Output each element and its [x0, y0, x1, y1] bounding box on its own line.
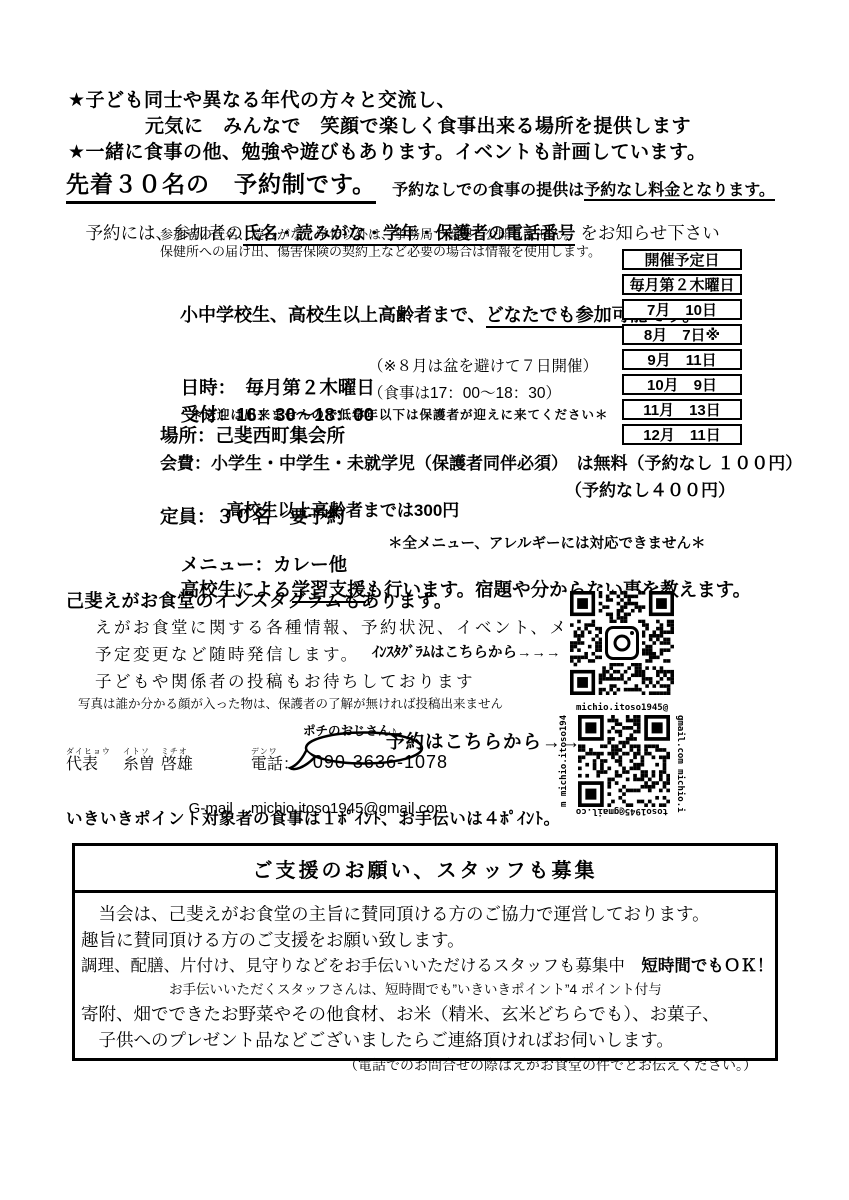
support-paragraph-5: 寄附、畑でできたお野菜やその他食材、お米（精米、玄米どちらでも）、お菓子、 [81, 1001, 767, 1027]
rep-surname: イトソ糸曽 [123, 748, 155, 773]
eligibility-line: 小中学校生、高校生以上高齢者まで、どなたでも参加可能です。 [160, 280, 700, 348]
schedule-date-row: 11月 13日 [622, 399, 742, 420]
instagram-line-1: えがお食堂に関する各種情報、予約状況、イベント、メニュー、 [95, 614, 644, 638]
bubble-text: ポチのおじさん♪ [303, 721, 397, 739]
privacy-note-2: 保健所への届け出、傷害保険の契約上など必要の場合は情報を使用します。 [160, 241, 601, 260]
support-paragraph-6: 子供へのプレゼント品などございましたらご連絡頂ければお伺いします。 [81, 1027, 767, 1053]
rep-title-text: 代表 [66, 757, 98, 773]
staff-recruit-emphasis: 短時間でもＯＫ！ [641, 957, 773, 975]
schedule-frequency: 毎月第２木曜日 [622, 274, 742, 295]
capacity-line: 定員：３０名 要予約 [160, 503, 345, 529]
reservation-qr-code: michio.itoso1945@ toso1945@gmail.co m mi… [556, 700, 688, 828]
eligibility-prefix: 小中学校生、高校生以上高齢者まで、 [180, 305, 486, 325]
intro-line-3: ★一緒に食事の他、勉強や遊びもあります。イベントも計画しています。 [68, 137, 707, 164]
rep-title: ダイヒョウ代表 [66, 748, 111, 773]
schedule-date-row: 9月 11日 [622, 349, 742, 370]
support-title: ご支援のお願い、スタッフも募集 [75, 846, 775, 893]
qr-email-right: gmail.com michio.i [675, 715, 685, 807]
fee-line-1: 会費：小学生・中学生・未就学児（保護者同伴必須） は無料（予約なし １００円） [160, 449, 802, 474]
place-line: 場所：己斐西町集会所 [160, 422, 345, 448]
instagram-line-3: 子どもや関係者の投稿もお待ちしております [95, 668, 475, 692]
phone-label-ruby: デンワ [251, 748, 278, 756]
support-paragraph-7: （電話でのお問合せの際はえがお食堂の件でとお伝えください。） [81, 1053, 767, 1077]
qr-email-bottom: toso1945@gmail.co [576, 806, 668, 816]
points-line: いきいきポイント対象者の食事は１ﾎﾟｲﾝﾄ、お手伝いは４ﾎﾟｲﾝﾄ。 [66, 805, 561, 829]
qr-email-top: michio.itoso1945@ [576, 703, 668, 713]
instagram-icon [602, 623, 642, 663]
schedule-date-row: 8月 7日※ [622, 324, 742, 345]
reception-note: （食事は17：00～18：30） [368, 381, 561, 403]
schedule-table: 開催予定日 毎月第２木曜日 7月 10日 8月 7日※ 9月 11日 10月 9… [622, 249, 742, 445]
intro-line-1: ★子ども同士や異なる年代の方々と交流し、 [68, 85, 456, 112]
schedule-header: 開催予定日 [622, 249, 742, 270]
instagram-link-label: ｲﾝｽﾀｸﾞﾗﾑはこちらから→→→ [372, 641, 561, 662]
qr-email-left: m michio.itoso194 [559, 715, 569, 807]
require-suffix: をお知らせ下さい [575, 223, 719, 243]
phone-number: 090-3636-1078 [313, 752, 448, 773]
instagram-title: 己斐えがお食堂のインスタグラムもあります。 [66, 587, 452, 613]
support-paragraph-1: 当会は、己斐えがお食堂の主旨に賛同頂ける方のご協力で運営しております。 [81, 901, 767, 927]
support-paragraph-4: お手伝いいただくスタッフさんは、短時間でも”いきいきポイント”4 ポイント付与 [81, 979, 767, 1001]
menu-note: ＊全メニュー、アレルギーには対応できません＊ [388, 532, 705, 553]
rep-surname-text: 糸曽 [123, 757, 155, 773]
intro-line-2: 元気に みんなで 笑顔で楽しく食事出来る場所を提供します [145, 111, 691, 138]
rep-surname-ruby: イトソ [123, 748, 150, 756]
schedule-date-row: 10月 9日 [622, 374, 742, 395]
support-box: ご支援のお願い、スタッフも募集 当会は、己斐えがお食堂の主旨に賛同頂ける方のご協… [72, 843, 778, 1061]
phone-label: デンワ電話： [251, 748, 299, 773]
schedule-date-row: 12月 11日 [622, 424, 742, 445]
staff-recruit-text: 調理、配膳、片付け、見守りなどをお手伝いいただけるスタッフも募集中 [81, 957, 641, 975]
phone-label-text: 電話： [251, 757, 299, 773]
heading-note-plain: 予約なしでの食事の提供は [392, 182, 584, 199]
qr-pattern [578, 715, 670, 812]
instagram-line-2: 予定変更など随時発信します。 [95, 641, 360, 665]
rep-given-text: 啓雄 [161, 757, 193, 773]
rep-title-ruby: ダイヒョウ [66, 748, 111, 756]
datetime-note: （※８月は盆を避けて７日開催） [368, 354, 598, 376]
instagram-qr-code [570, 591, 674, 695]
support-paragraph-2: 趣旨に賛同頂ける方のご支援をお願い致します。 [81, 927, 767, 953]
rep-given-ruby: ミチオ [161, 748, 188, 756]
rep-given-name: ミチオ啓雄 [161, 748, 193, 773]
schedule-date-row: 7月 10日 [622, 299, 742, 320]
fee2-note: （予約なし４００円） [565, 476, 735, 501]
flyer-page: ★子ども同士や異なる年代の方々と交流し、 元気に みんなで 笑顔で楽しく食事出来… [0, 0, 849, 1200]
support-paragraph-3: 調理、配膳、片付け、見守りなどをお手伝いいただけるスタッフも募集中 短時間でもＯ… [81, 953, 767, 979]
representative-line: ダイヒョウ代表 イトソ糸曽 ミチオ啓雄 デンワ電話： 090-3636-1078 [66, 748, 448, 773]
pickup-note: ＊送迎は出来ませんので低学年以下は保護者が迎えに来てください＊ [190, 405, 609, 423]
